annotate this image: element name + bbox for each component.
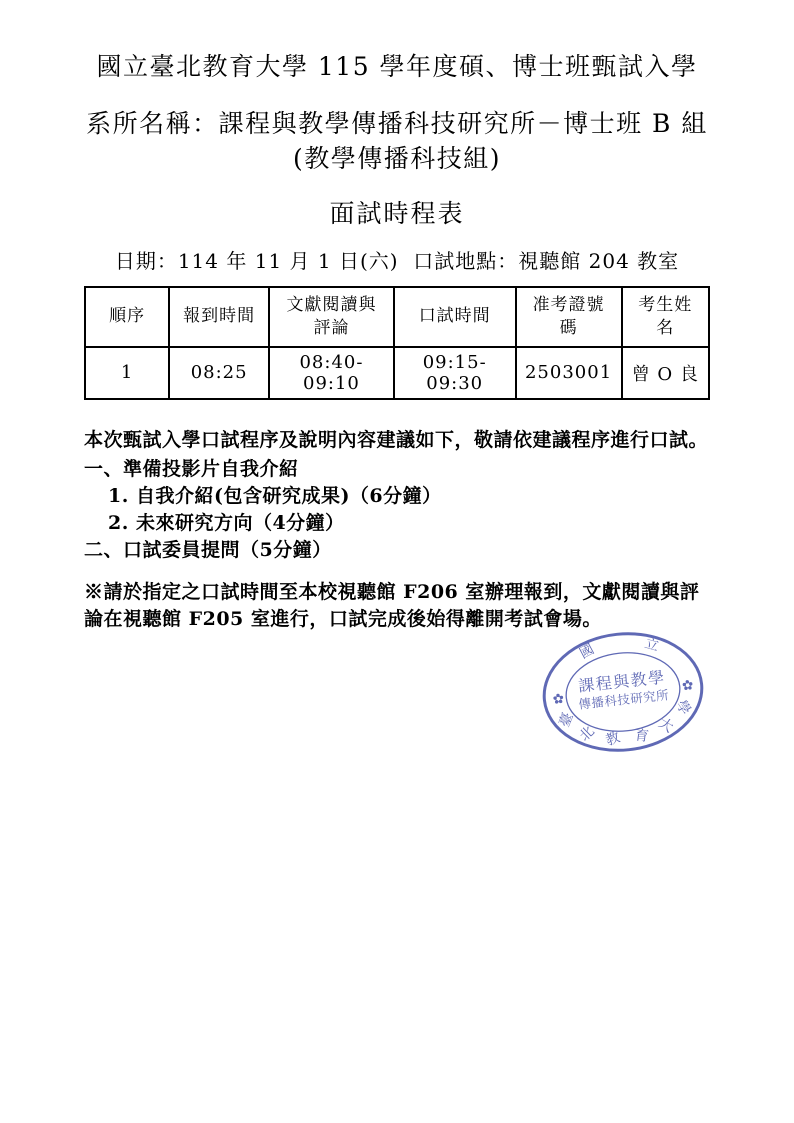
header-cell-ticket-number: 准考證號碼 (516, 287, 622, 347)
procedure-item-2: 二、口試委員提問（5分鐘） (84, 538, 710, 563)
date-location-line: 日期：114 年 11 月 1 日(六) 口試地點：視聽館 204 教室 (84, 245, 710, 274)
seal-ring-char: 臺 (556, 710, 577, 729)
cell-candidate-name: 曾 O 良 (622, 347, 709, 399)
plum-blossom-icon (682, 680, 693, 691)
cell-oral-exam-time: 09:15-09:30 (394, 347, 516, 399)
seal-ring-char: 立 (643, 635, 661, 654)
table-header-row: 順序 報到時間 文獻閱讀與評論 口試時間 准考證號碼 考生姓名 (85, 287, 709, 347)
university-department-seal: 國 立 臺 北 教 育 大 學 課程與教學 傳播科技研究所 (534, 620, 712, 765)
header-cell-oral-exam-time: 口試時間 (394, 287, 516, 347)
header-cell-literature-review: 文獻閱讀與評論 (269, 287, 394, 347)
document-page: 國立臺北教育大學 115 學年度碩、博士班甄試入學 系所名稱：課程與教學傳播科技… (0, 0, 794, 1123)
procedure-item-1: 一、準備投影片自我介紹 (84, 457, 710, 482)
header-cell-candidate-name: 考生姓名 (622, 287, 709, 347)
checkin-location-note: ※請於指定之口試時間至本校視聽館 F206 室辦理報到，文獻閱讀與評論在視聽館 … (84, 579, 710, 632)
header-cell-checkin-time: 報到時間 (169, 287, 269, 347)
procedure-intro: 本次甄試入學口試程序及說明內容建議如下，敬請依建議程序進行口試。 (84, 428, 710, 453)
schedule-table-container: 順序 報到時間 文獻閱讀與評論 口試時間 准考證號碼 考生姓名 1 08:25 … (84, 286, 710, 400)
interview-schedule-table: 順序 報到時間 文獻閱讀與評論 口試時間 准考證號碼 考生姓名 1 08:25 … (84, 286, 710, 400)
cell-sequence: 1 (85, 347, 169, 399)
document-title: 國立臺北教育大學 115 學年度碩、博士班甄試入學 (84, 50, 710, 84)
table-row: 1 08:25 08:40-09:10 09:15-09:30 2503001 … (85, 347, 709, 399)
cell-ticket-number: 2503001 (516, 347, 622, 399)
cell-literature-review: 08:40-09:10 (269, 347, 394, 399)
cell-checkin-time: 08:25 (169, 347, 269, 399)
seal-ring-char: 育 (634, 726, 650, 745)
department-name-line: 系所名稱：課程與教學傳播科技研究所－博士班 B 組(教學傳播科技組) (84, 106, 710, 176)
header-cell-sequence: 順序 (85, 287, 169, 347)
schedule-section-title: 面試時程表 (84, 194, 710, 230)
plum-blossom-icon (553, 693, 564, 704)
procedure-item-1-sub-1: 1. 自我介紹(包含研究成果)（6分鐘） (84, 484, 710, 509)
seal-ring-char: 學 (672, 698, 693, 719)
document-content: 國立臺北教育大學 115 學年度碩、博士班甄試入學 系所名稱：課程與教學傳播科技… (0, 0, 794, 632)
procedure-item-1-sub-2: 2. 未來研究方向（4分鐘） (84, 511, 710, 536)
seal-graphic: 國 立 臺 北 教 育 大 學 課程與教學 傳播科技研究所 (534, 620, 712, 765)
procedure-section: 本次甄試入學口試程序及說明內容建議如下，敬請依建議程序進行口試。 一、準備投影片… (84, 428, 710, 633)
